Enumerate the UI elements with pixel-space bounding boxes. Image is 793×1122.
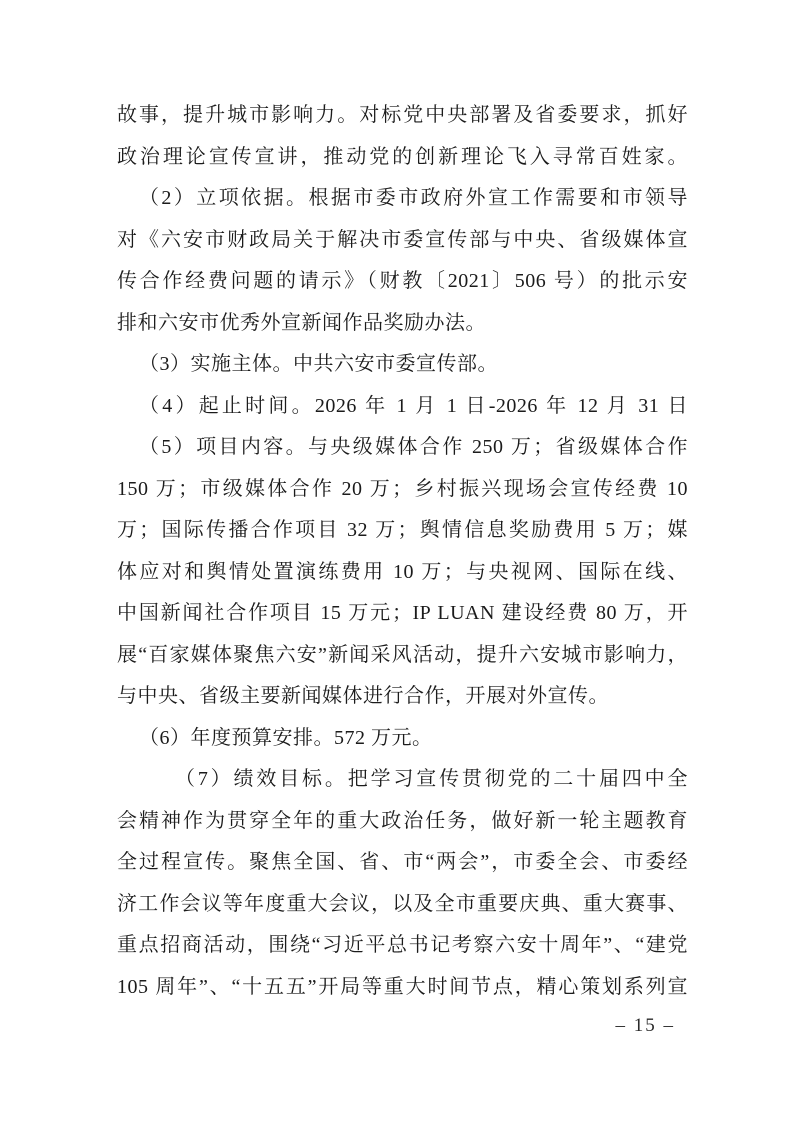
text-line: 万；国际传播合作项目 32 万；舆情信息奖励费用 5 万；媒 [117, 510, 688, 552]
text-line: （7）绩效目标。把学习宣传贯彻党的二十届四中全 [117, 759, 688, 801]
document-body: 故事，提升城市影响力。对标党中央部署及省委要求，抓好政治理论宣传宣讲，推动党的创… [117, 95, 688, 1008]
page-number: – 15 – [616, 1015, 676, 1037]
text-line: 济工作会议等年度重大会议，以及全市重要庆典、重大赛事、 [117, 884, 688, 926]
text-line: 105 周年”、“十五五”开局等重大时间节点，精心策划系列宣 [117, 967, 688, 1009]
text-line: （6）年度预算安排。572 万元。 [117, 718, 688, 760]
text-line: 展“百家媒体聚焦六安”新闻采风活动，提升六安城市影响力， [117, 635, 688, 677]
text-line: 排和六安市优秀外宣新闻作品奖励办法。 [117, 303, 688, 345]
text-line: 与中央、省级主要新闻媒体进行合作，开展对外宣传。 [117, 676, 688, 718]
text-line: 对《六安市财政局关于解决市委宣传部与中央、省级媒体宣 [117, 220, 688, 262]
text-line: 政治理论宣传宣讲，推动党的创新理论飞入寻常百姓家。 [117, 137, 688, 179]
document-page: 故事，提升城市影响力。对标党中央部署及省委要求，抓好政治理论宣传宣讲，推动党的创… [0, 0, 793, 1122]
text-line: （4）起止时间。2026 年 1 月 1 日-2026 年 12 月 31 日 [117, 386, 688, 428]
text-line: 全过程宣传。聚焦全国、省、市“两会”，市委全会、市委经 [117, 842, 688, 884]
text-line: 传合作经费问题的请示》（财教〔2021〕506 号）的批示安 [117, 261, 688, 303]
text-line: （5）项目内容。与央级媒体合作 250 万；省级媒体合作 [117, 427, 688, 469]
text-line: 会精神作为贯穿全年的重大政治任务，做好新一轮主题教育 [117, 801, 688, 843]
text-line: 故事，提升城市影响力。对标党中央部署及省委要求，抓好 [117, 95, 688, 137]
text-line: （2）立项依据。根据市委市政府外宣工作需要和市领导 [117, 178, 688, 220]
text-line: 150 万；市级媒体合作 20 万；乡村振兴现场会宣传经费 10 [117, 469, 688, 511]
text-line: 中国新闻社合作项目 15 万元；IP LUAN 建设经费 80 万，开 [117, 593, 688, 635]
text-line: （3）实施主体。中共六安市委宣传部。 [117, 344, 688, 386]
text-line: 体应对和舆情处置演练费用 10 万；与央视网、国际在线、 [117, 552, 688, 594]
text-line: 重点招商活动，围绕“习近平总书记考察六安十周年”、“建党 [117, 925, 688, 967]
